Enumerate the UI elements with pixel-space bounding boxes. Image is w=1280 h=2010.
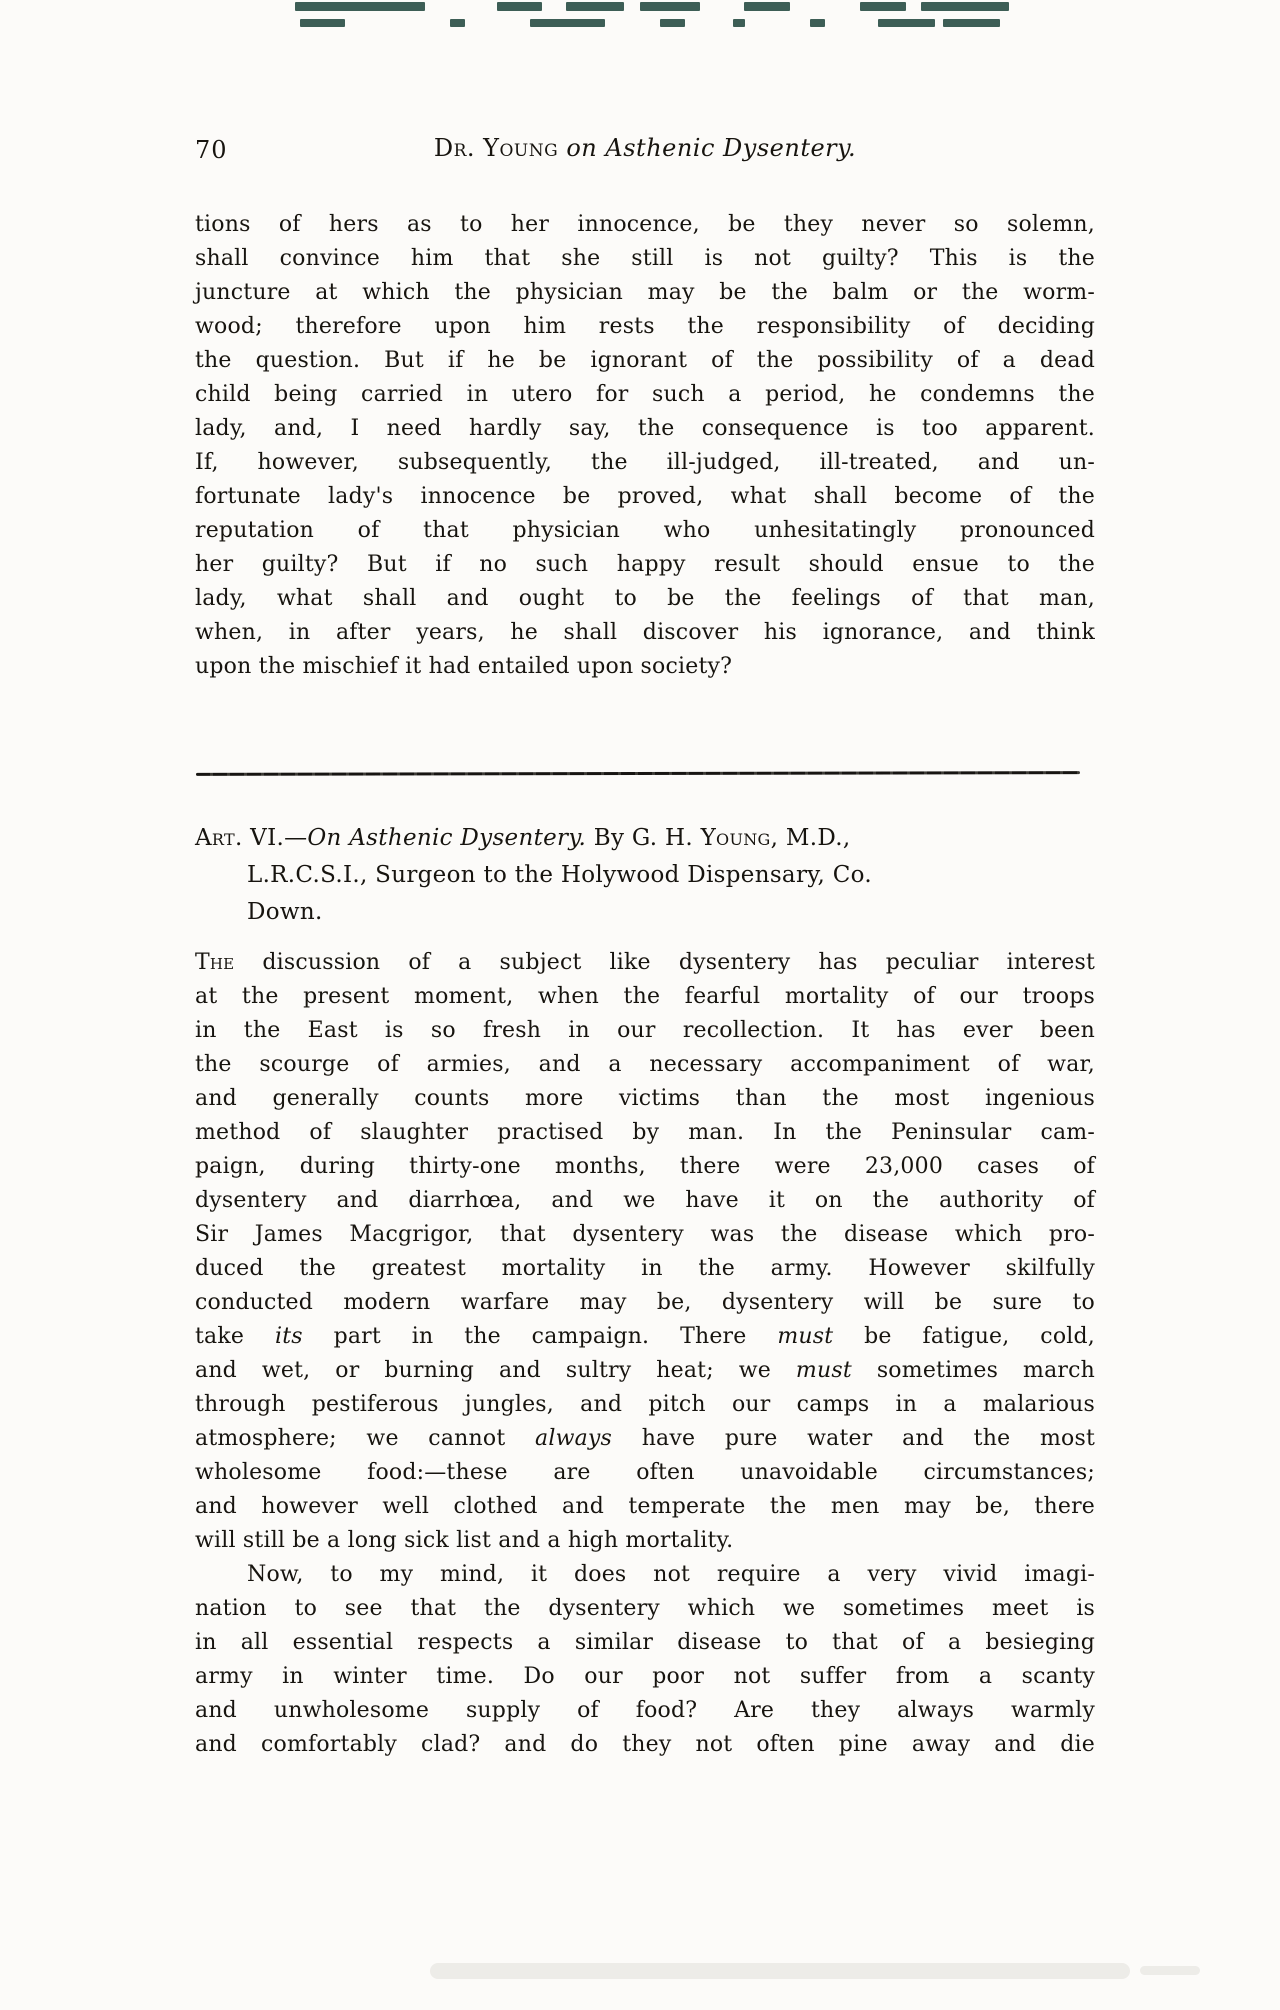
top-edge-print-artifact	[660, 19, 685, 27]
top-edge-print-artifact	[810, 19, 825, 27]
top-edge-print-artifact	[733, 19, 745, 27]
text-line: and generally counts more victims than t…	[195, 1082, 1095, 1116]
text-line: upon the mischief it had entailed upon s…	[195, 650, 1095, 684]
top-edge-print-artifact	[860, 2, 906, 11]
running-head: Dr. Young on Asthenic Dysentery.	[195, 134, 1095, 162]
text-line: at the present moment, when the fearful …	[195, 980, 1095, 1014]
top-edge-print-artifact	[878, 19, 935, 27]
text-line: the scourge of armies, and a necessary a…	[195, 1048, 1095, 1082]
text-line: child being carried in utero for such a …	[195, 378, 1095, 412]
text-line: reputation of that physician who unhesit…	[195, 514, 1095, 548]
top-edge-print-artifact	[744, 2, 790, 11]
scanned-book-page: 70 Dr. Young on Asthenic Dysentery. tion…	[0, 0, 1280, 2010]
top-edge-print-artifact	[921, 2, 1009, 11]
text-line: dysentery and diarrhœa, and we have it o…	[195, 1184, 1095, 1218]
text-line: her guilty? But if no such happy result …	[195, 548, 1095, 582]
text-line: juncture at which the physician may be t…	[195, 276, 1095, 310]
bottom-edge-smudge	[430, 1963, 1130, 1979]
text-line: will still be a long sick list and a hig…	[195, 1524, 1095, 1558]
text-line: in the East is so fresh in our recollect…	[195, 1014, 1095, 1048]
text-line: atmosphere; we cannot always have pure w…	[195, 1422, 1095, 1456]
article-first-paragraph: The discussion of a subject like dysente…	[195, 946, 1095, 1558]
article-heading: Art. VI.—On Asthenic Dysentery. By G. H.…	[195, 820, 1095, 931]
text-line: method of slaughter practised by man. In…	[195, 1116, 1095, 1150]
text-line: The discussion of a subject like dysente…	[195, 946, 1095, 980]
top-edge-print-artifact	[295, 2, 425, 11]
text-line: nation to see that the dysentery which w…	[195, 1592, 1095, 1626]
text-line: duced the greatest mortality in the army…	[195, 1252, 1095, 1286]
text-line: If, however, subsequently, the ill-judge…	[195, 446, 1095, 480]
top-edge-print-artifact	[640, 2, 700, 11]
text-line: tions of hers as to her innocence, be th…	[195, 208, 1095, 242]
bottom-edge-smudge	[1140, 1966, 1200, 1975]
text-line: lady, and, I need hardly say, the conseq…	[195, 412, 1095, 446]
text-line: and wet, or burning and sultry heat; we …	[195, 1354, 1095, 1388]
top-edge-print-artifact	[450, 19, 465, 27]
text-line: fortunate lady's innocence be proved, wh…	[195, 480, 1095, 514]
text-line: Art. VI.—On Asthenic Dysentery. By G. H.…	[195, 820, 1095, 857]
article-second-paragraph: Now, to my mind, it does not require a v…	[195, 1558, 1095, 1762]
text-line: conducted modern warfare may be, dysente…	[195, 1286, 1095, 1320]
text-line: through pestiferous jungles, and pitch o…	[195, 1388, 1095, 1422]
top-edge-print-artifact	[943, 19, 1000, 27]
text-line: in all essential respects a similar dise…	[195, 1626, 1095, 1660]
text-line: Sir James Macgrigor, that dysentery was …	[195, 1218, 1095, 1252]
text-line: take its part in the campaign. There mus…	[195, 1320, 1095, 1354]
section-divider-rule	[196, 771, 1080, 776]
top-edge-print-artifact	[300, 19, 345, 27]
text-line: shall convince him that she still is not…	[195, 242, 1095, 276]
text-line: wood; therefore upon him rests the respo…	[195, 310, 1095, 344]
text-line: Now, to my mind, it does not require a v…	[195, 1558, 1095, 1592]
paragraph-continuation: tions of hers as to her innocence, be th…	[195, 208, 1095, 684]
text-line: and however well clothed and temperate t…	[195, 1490, 1095, 1524]
text-line: army in winter time. Do our poor not suf…	[195, 1660, 1095, 1694]
top-edge-print-artifact	[497, 2, 542, 11]
text-line: when, in after years, he shall discover …	[195, 616, 1095, 650]
text-line: lady, what shall and ought to be the fee…	[195, 582, 1095, 616]
text-line: the question. But if he be ignorant of t…	[195, 344, 1095, 378]
text-line: L.R.C.S.I., Surgeon to the Holywood Disp…	[195, 857, 1095, 894]
text-line: wholesome food:—these are often unavoida…	[195, 1456, 1095, 1490]
text-line: and comfortably clad? and do they not of…	[195, 1728, 1095, 1762]
text-line: Down.	[195, 894, 1095, 931]
text-line: and unwholesome supply of food? Are they…	[195, 1694, 1095, 1728]
top-edge-print-artifact	[530, 19, 605, 27]
top-edge-print-artifact	[566, 2, 624, 11]
text-line: paign, during thirty-one months, there w…	[195, 1150, 1095, 1184]
